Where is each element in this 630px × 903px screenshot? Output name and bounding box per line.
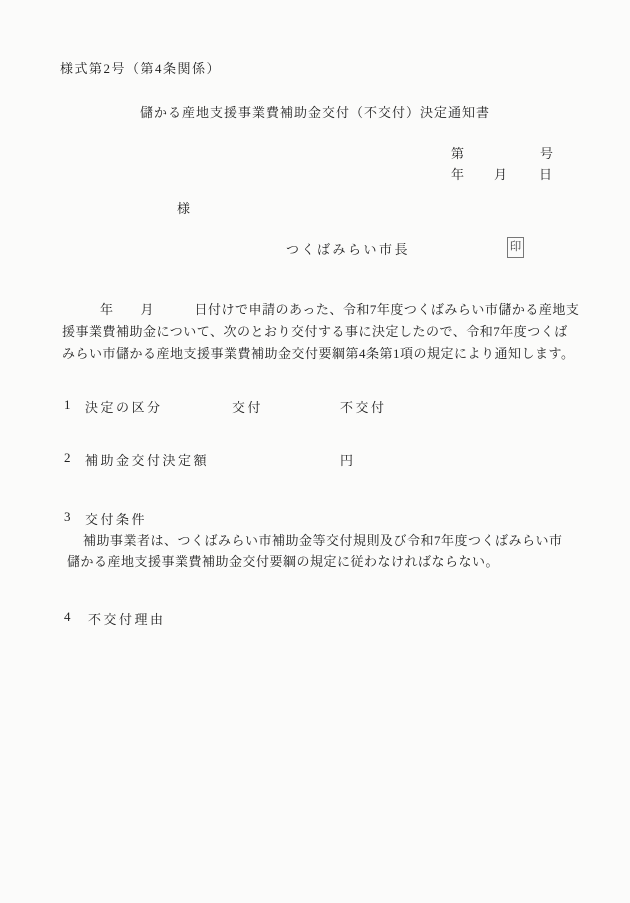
item-4-number: 4 [64, 609, 71, 625]
item-1-option-kofu: 交付 [232, 397, 263, 416]
addressee-honorific: 様 [177, 198, 191, 217]
date-month-label: 月 [494, 164, 507, 183]
item-3-label: 交付条件 [85, 509, 147, 528]
sender-name: つくばみらい市長 [286, 239, 410, 258]
date-day-label: 日 [539, 164, 552, 183]
item-2-currency-unit: 円 [340, 450, 353, 469]
item-1-label: 決定の区分 [85, 397, 163, 416]
body-paragraph-line-2: 援事業費補助金について、次のとおり交付する事に決定したので、令和7年度つくば [62, 321, 568, 340]
item-2-number: 2 [64, 450, 71, 466]
item-1-number: 1 [64, 397, 71, 413]
body-paragraph-line-3: みらい市儲かる産地支援事業費補助金交付要綱第4条第1項の規定により通知します。 [62, 343, 574, 362]
item-3-text-line-2: 儲かる産地支援事業費補助金交付要綱の規定に従わなければならない。 [67, 551, 499, 570]
date-year-label: 年 [451, 164, 464, 183]
seal-box: 印 [507, 237, 524, 258]
body-paragraph-line-1: 年 月 日付けで申請のあった、令和7年度つくばみらい市儲かる産地支 [100, 299, 579, 318]
item-1-option-fukofu: 不交付 [340, 397, 387, 416]
seal-mark: 印 [510, 241, 522, 253]
document-title: 儲かる産地支援事業費補助金交付（不交付）決定通知書 [0, 102, 630, 121]
item-3-text-line-1: 補助事業者は、つくばみらい市補助金等交付規則及び令和7年度つくばみらい市 [83, 530, 563, 549]
item-2-label: 補助金交付決定額 [85, 450, 209, 469]
doc-number-prefix: 第 [451, 143, 464, 162]
form-number: 様式第2号（第4条関係） [60, 58, 221, 77]
item-4-label: 不交付理由 [88, 609, 166, 628]
item-3-number: 3 [64, 509, 71, 525]
notification-document-page: 様式第2号（第4条関係） 儲かる産地支援事業費補助金交付（不交付）決定通知書 第… [0, 0, 630, 903]
doc-number-suffix: 号 [540, 143, 553, 162]
